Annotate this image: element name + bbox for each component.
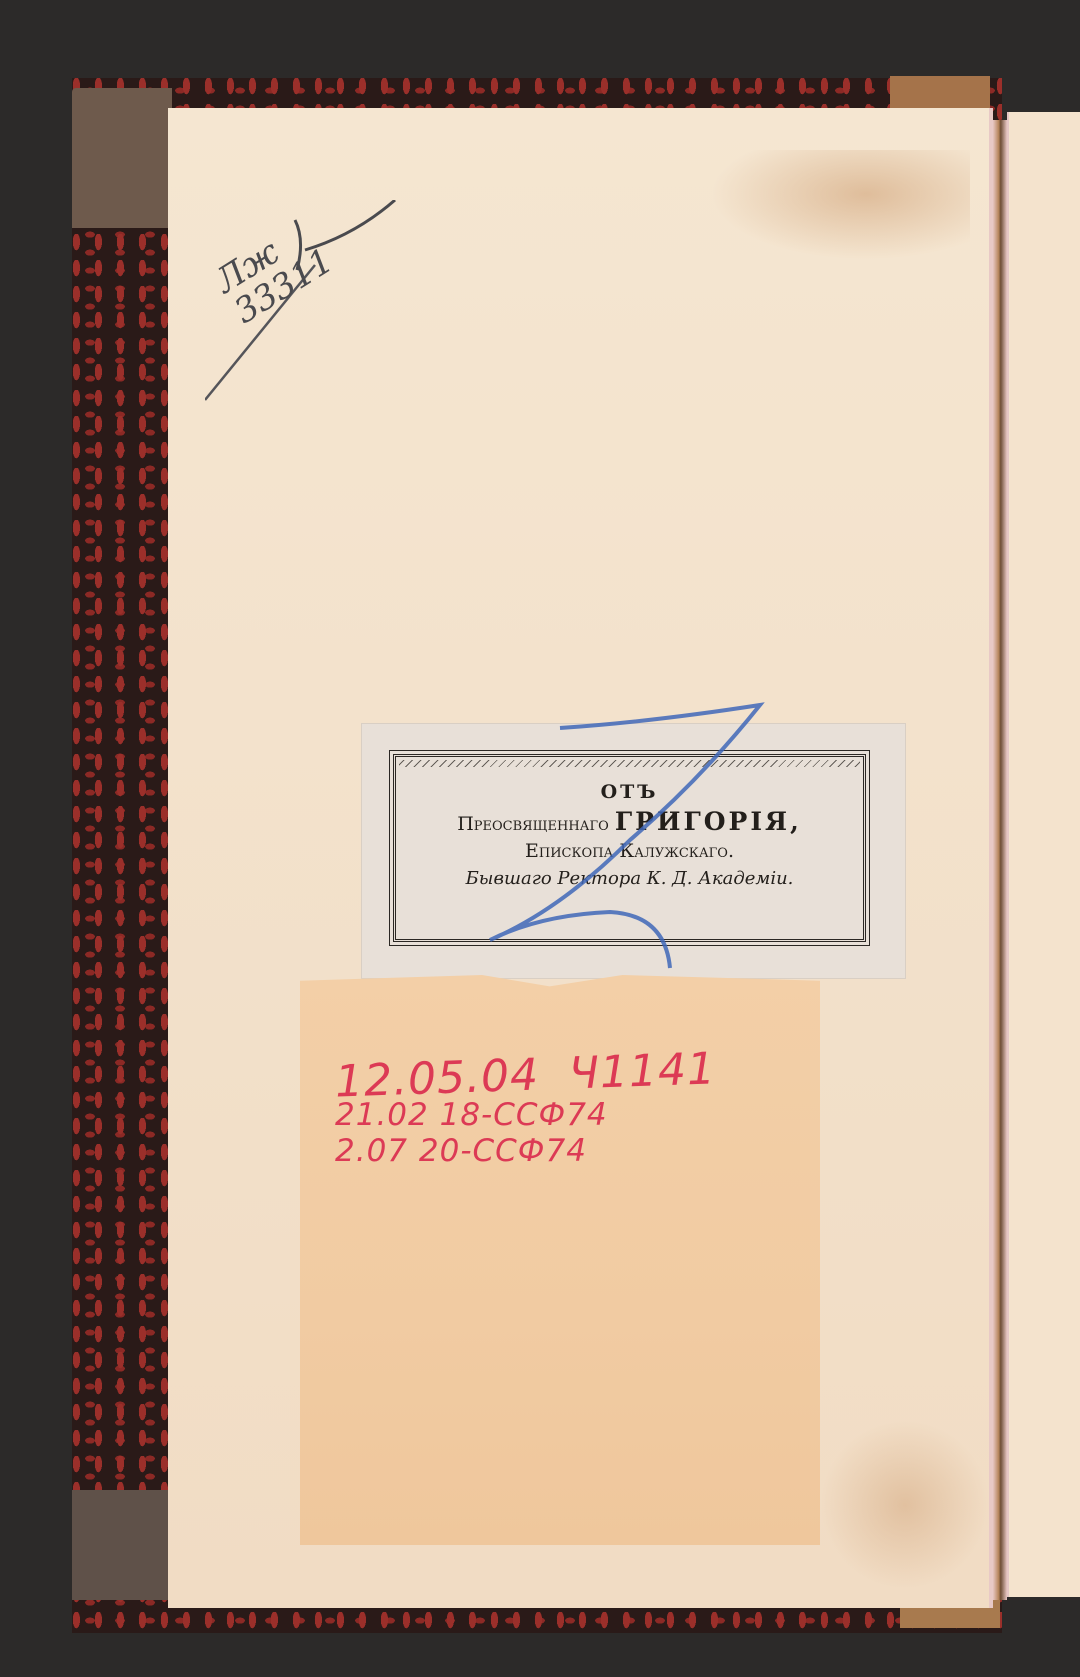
cover-corner-top-left: [72, 88, 172, 228]
blue-pencil-mark: [450, 700, 770, 990]
book-gutter: [993, 120, 1007, 1600]
slip-note-3: 2.07 20-ССФ74: [335, 1133, 716, 1169]
water-stain-bottom: [820, 1420, 990, 1590]
water-stain-top: [710, 150, 970, 260]
slip-handwritten-notes: 12.05.04 Ч1141 21.02 18-ССФ74 2.07 20-СС…: [335, 1050, 716, 1169]
facing-page-edge: [1007, 112, 1080, 1597]
